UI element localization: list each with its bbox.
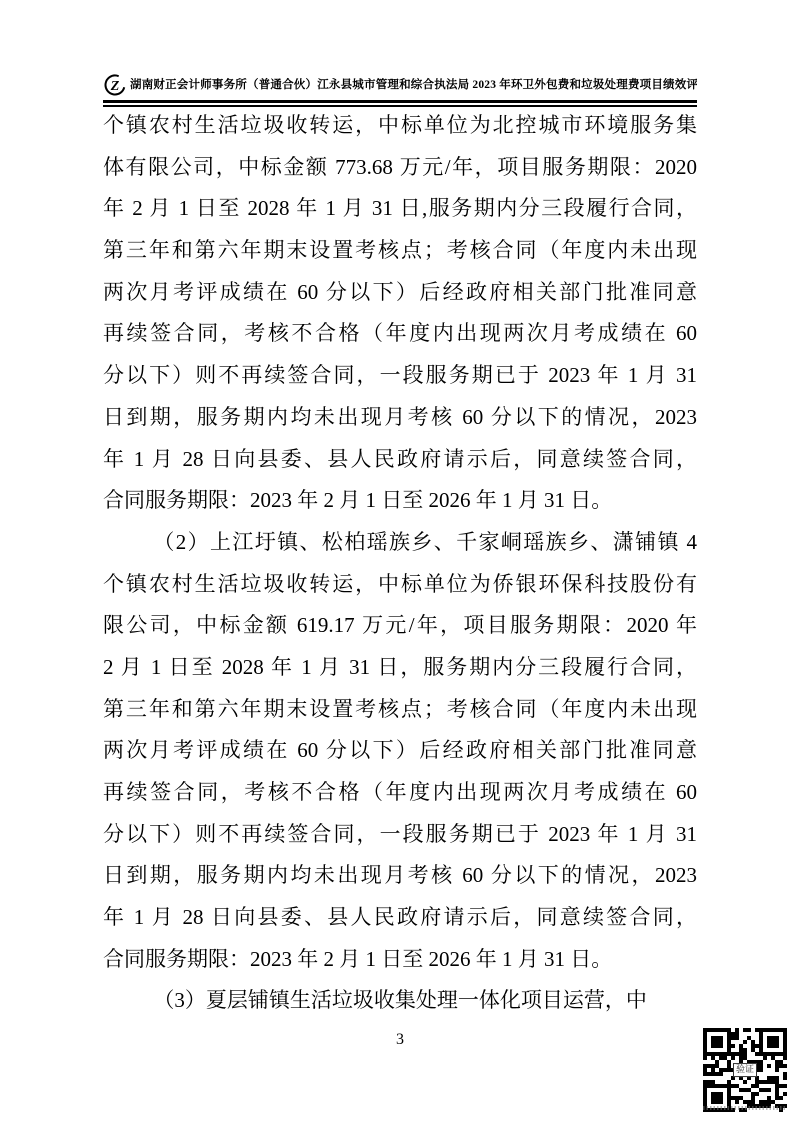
- body-line: 合同服务期限：2023 年 2 月 1 日至 2026 年 1 月 31 日。: [103, 939, 697, 981]
- body-line: 再续签合同，考核不合格（年度内出现两次月考成绩在 60: [103, 313, 697, 355]
- body-line: 两次月考评成绩在 60 分以下）后经政府相关部门批准同意: [103, 730, 697, 772]
- body-line: 第三年和第六年期末设置考核点；考核合同（年度内未出现: [103, 689, 697, 731]
- qr-code: 验证: [703, 1028, 787, 1112]
- body-line: 年 1 月 28 日向县委、县人民政府请示后，同意续签合同，: [103, 897, 697, 939]
- page-header: Z 湖南财正会计师事务所（普通合伙） 江永县城市管理和综合执法局 2023 年环…: [103, 68, 697, 100]
- firm-name: 湖南财正会计师事务所（普通合伙）: [130, 76, 317, 92]
- body-line: 合同服务期限：2023 年 2 月 1 日至 2026 年 1 月 31 日。: [103, 480, 697, 522]
- body-line: 2 月 1 日至 2028 年 1 月 31 日，服务期内分三段履行合同，: [103, 647, 697, 689]
- body-line: 日到期，服务期内均未出现月考核 60 分以下的情况，2023: [103, 397, 697, 439]
- body-line: 第三年和第六年期末设置考核点；考核合同（年度内未出现: [103, 230, 697, 272]
- body-line: 体有限公司，中标金额 773.68 万元/年，项目服务期限：2020: [103, 147, 697, 189]
- body-line: 再续签合同，考核不合格（年度内出现两次月考成绩在 60: [103, 772, 697, 814]
- page-number: 3: [103, 1031, 697, 1049]
- body-line: 个镇农村生活垃圾收转运，中标单位为侨银环保科技股份有: [103, 564, 697, 606]
- body-line: 两次月考评成绩在 60 分以下）后经政府相关部门批准同意: [103, 272, 697, 314]
- document-body: 个镇农村生活垃圾收转运，中标单位为北控城市环境服务集体有限公司，中标金额 773…: [103, 105, 697, 1022]
- body-line: 日到期，服务期内均未出现月考核 60 分以下的情况，2023: [103, 855, 697, 897]
- document-page: Z 湖南财正会计师事务所（普通合伙） 江永县城市管理和综合执法局 2023 年环…: [0, 0, 793, 1122]
- body-line: （3）夏层铺镇生活垃圾收集处理一体化项目运营，中: [103, 980, 697, 1022]
- body-line: 分以下）则不再续签合同，一段服务期已于 2023 年 1 月 31: [103, 355, 697, 397]
- qr-center-label: 验证: [733, 1063, 757, 1077]
- body-line: （2）上江圩镇、松柏瑶族乡、千家峒瑶族乡、潇铺镇 4: [103, 522, 697, 564]
- body-line: 限公司，中标金额 619.17 万元/年，项目服务期限：2020 年: [103, 605, 697, 647]
- qr-finder-top-left: [703, 1028, 731, 1056]
- body-line: 分以下）则不再续签合同，一段服务期已于 2023 年 1 月 31: [103, 814, 697, 856]
- firm-brand: Z 湖南财正会计师事务所（普通合伙）: [103, 72, 317, 96]
- qr-finder-top-right: [759, 1028, 787, 1056]
- svg-text:Z: Z: [110, 79, 120, 94]
- body-line: 年 2 月 1 日至 2028 年 1 月 31 日,服务期内分三段履行合同，: [103, 188, 697, 230]
- rule-top-line: [103, 100, 697, 103]
- body-line: 个镇农村生活垃圾收转运，中标单位为北控城市环境服务集: [103, 105, 697, 147]
- body-line: 年 1 月 28 日向县委、县人民政府请示后，同意续签合同，: [103, 439, 697, 481]
- report-title: 江永县城市管理和综合执法局 2023 年环卫外包费和垃圾处理费项目绩效评价报告: [317, 76, 697, 92]
- qr-caption-strip: [703, 1106, 787, 1110]
- firm-logo-icon: Z: [103, 72, 127, 96]
